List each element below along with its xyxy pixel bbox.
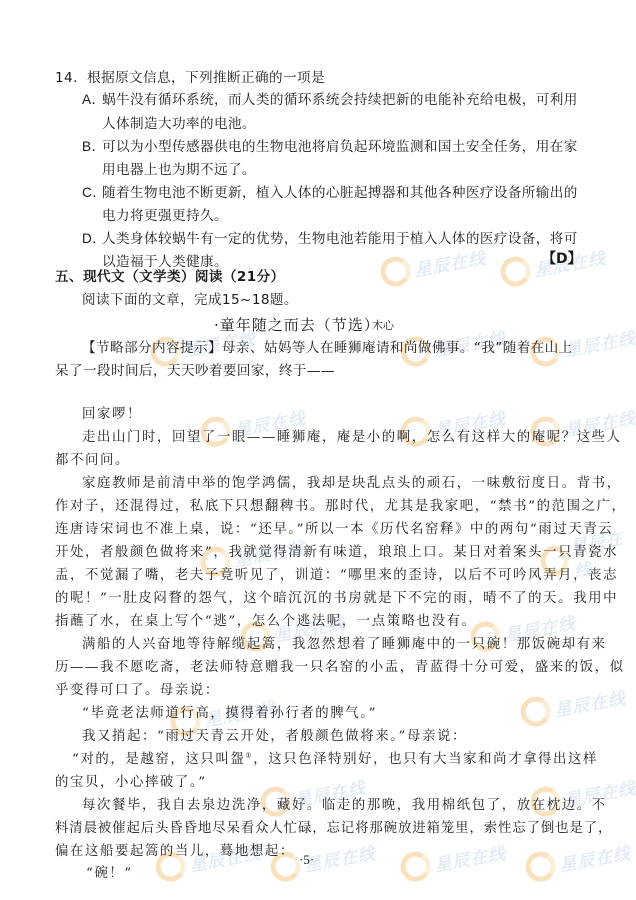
option-letter: B．: [82, 135, 102, 155]
option-d: D．人类身体较蜗牛有一定的优势，生物电池若能用于植入人体的医疗设备，将可: [82, 227, 578, 247]
passage-text: “对的，是越窑，这只叫盌: [72, 752, 245, 767]
option-text: 可以为小型传感器供电的生物电池将肩负起环境监测和国土安全任务，用在家: [102, 139, 578, 155]
option-b-cont: 用电器上也为期不远了。: [102, 158, 256, 178]
passage-line: 料清晨被催起后头昏昏地尽呆看众人忙碌，忘记将那碗放进箱笼里，索性忘了倒也是了，: [55, 817, 612, 836]
section-heading: 五、现代文（文学类）阅读（21分）: [55, 265, 285, 285]
watermark-swirl-icon: [378, 254, 413, 289]
passage-line: 连唐诗宋词也不准上桌，说：“还早。”所以一本《历代名窑释》中的两句“雨过天青云: [55, 518, 613, 537]
passage-line: 开处，者般颜色做将来”，我就觉得清新有味道，琅琅上口。某日对着案头一只青瓷水: [55, 541, 618, 560]
passage-line: 都不问问。: [55, 449, 130, 468]
option-text: 随着生物电池不断更新，植入人体的心脏起搏器和其他各种医疗设备所输出的: [102, 185, 578, 201]
answer-key: 【D】: [542, 248, 582, 268]
watermark-swirl-icon: [518, 694, 553, 729]
passage-line: “对的，是越窑，这只叫盌①，这只色泽特别好，也只有大当家和尚才拿得出这样: [72, 748, 598, 767]
option-c: C．随着生物电池不断更新，植入人体的心脏起搏器和其他各种医疗设备所输出的: [82, 181, 578, 201]
watermark-swirl-icon: [523, 849, 558, 884]
option-letter: D．: [82, 227, 102, 247]
prompt-line: 呆了一段时间后，天天吵着要回家，终于——: [55, 359, 335, 379]
passage-line: 乎变得可口了。母亲说：: [55, 679, 220, 698]
passage-line: 我又捎起：“雨过天青云开处，者般颜色做将来。”母亲说：: [82, 725, 467, 744]
watermark-logo: 星辰在线: [378, 241, 488, 289]
option-letter: A．: [82, 88, 102, 108]
option-a-cont: 人体制造大功率的电池。: [102, 112, 256, 132]
option-c-cont: 电力将更强更持久。: [102, 204, 228, 224]
passage-line: 历——我不愿吃斋，老法师特意赠我一只名窑的小盂，青蓝得十分可爱，盛来的饭，似: [55, 656, 625, 675]
question-stem: 14．根据原文信息，下列推断正确的一项是: [55, 66, 325, 86]
section-instruction: 阅读下面的文章，完成15~18题。: [82, 288, 298, 308]
prompt-line: 【节略部分内容提示】母亲、姑妈等人在睡狮庵请和尚做佛事。“我”随着在山上: [82, 336, 573, 356]
option-text: 人类身体较蜗牛有一定的优势，生物电池若能用于植入人体的医疗设备，将可: [102, 231, 578, 247]
watermark-swirl-icon: [498, 254, 533, 289]
passage-text: ，这只色泽特别好，也只有大当家和尚才拿得出这样: [253, 752, 598, 767]
watermark-logo: 星辰在线: [518, 681, 628, 729]
option-b: B．可以为小型传感器供电的生物电池将肩负起环境监测和国土安全任务，用在家: [82, 135, 578, 155]
watermark-logo: 星辰在线: [398, 836, 508, 884]
passage-author: 木心: [372, 317, 394, 333]
passage-line: “毕竟老法师道行高，摸得着孙行者的脾气。”: [82, 702, 377, 721]
passage-line: 指蘸了水，在桌上写个“逃”，怎么个逃法呢，一点策略也没有。: [55, 610, 477, 629]
passage-line: 走出山门时，回望了一眼——睡狮庵，庵是小的啊，怎么有这样大的庵呢？这些人: [82, 426, 622, 445]
page-number: ·5·: [299, 852, 314, 868]
passage-title: ·童年随之而去（节选）: [214, 314, 380, 335]
passage-line: 回家啰！: [82, 403, 142, 422]
option-a: A．蜗牛没有循环系统，而人类的循环系统会持续把新的电能补充给电极，可利用: [82, 88, 578, 108]
passage-line: 作对子，还混得过，私底下只想翻稗书。那时代，尤其是我家吧，“禁书”的范围之广，: [55, 495, 627, 514]
option-letter: C．: [82, 181, 102, 201]
passage-line: 的宝贝，小心摔破了。”: [55, 771, 207, 790]
watermark-swirl-icon: [398, 849, 433, 884]
option-text: 蜗牛没有循环系统，而人类的循环系统会持续把新的电能补充给电极，可利用: [102, 92, 578, 108]
passage-line: 偏在这船要起篙的当儿，蓦地想起：: [55, 840, 295, 859]
passage-line: 盂，不觉漏了嘴，老夫子竟听见了，训道：“哪里来的歪诗，以后不可吟风弄月，丧志: [55, 564, 618, 583]
passage-line: 每次餐毕，我自去泉边洗净，藏好。临走的那晚，我用棉纸包了，放在枕边。不: [82, 794, 607, 813]
passage-line: 满船的人兴奋地等待解缆起篙，我忽然想着了睡狮庵中的一只碗！那饭碗却有来: [82, 633, 607, 652]
passage-line: “碗！”: [86, 862, 133, 881]
watermark-logo: 星辰在线: [523, 836, 633, 884]
passage-line: 的呢！”一肚皮闷瞀的怨气，这个暗沉沉的书房就是下不完的雨，晴不了的天。我用中: [55, 587, 618, 606]
passage-line: 家庭教师是前清中举的饱学鸿儒，我却是块乱点头的顽石，一味敷衍度日。背书，: [82, 472, 622, 491]
